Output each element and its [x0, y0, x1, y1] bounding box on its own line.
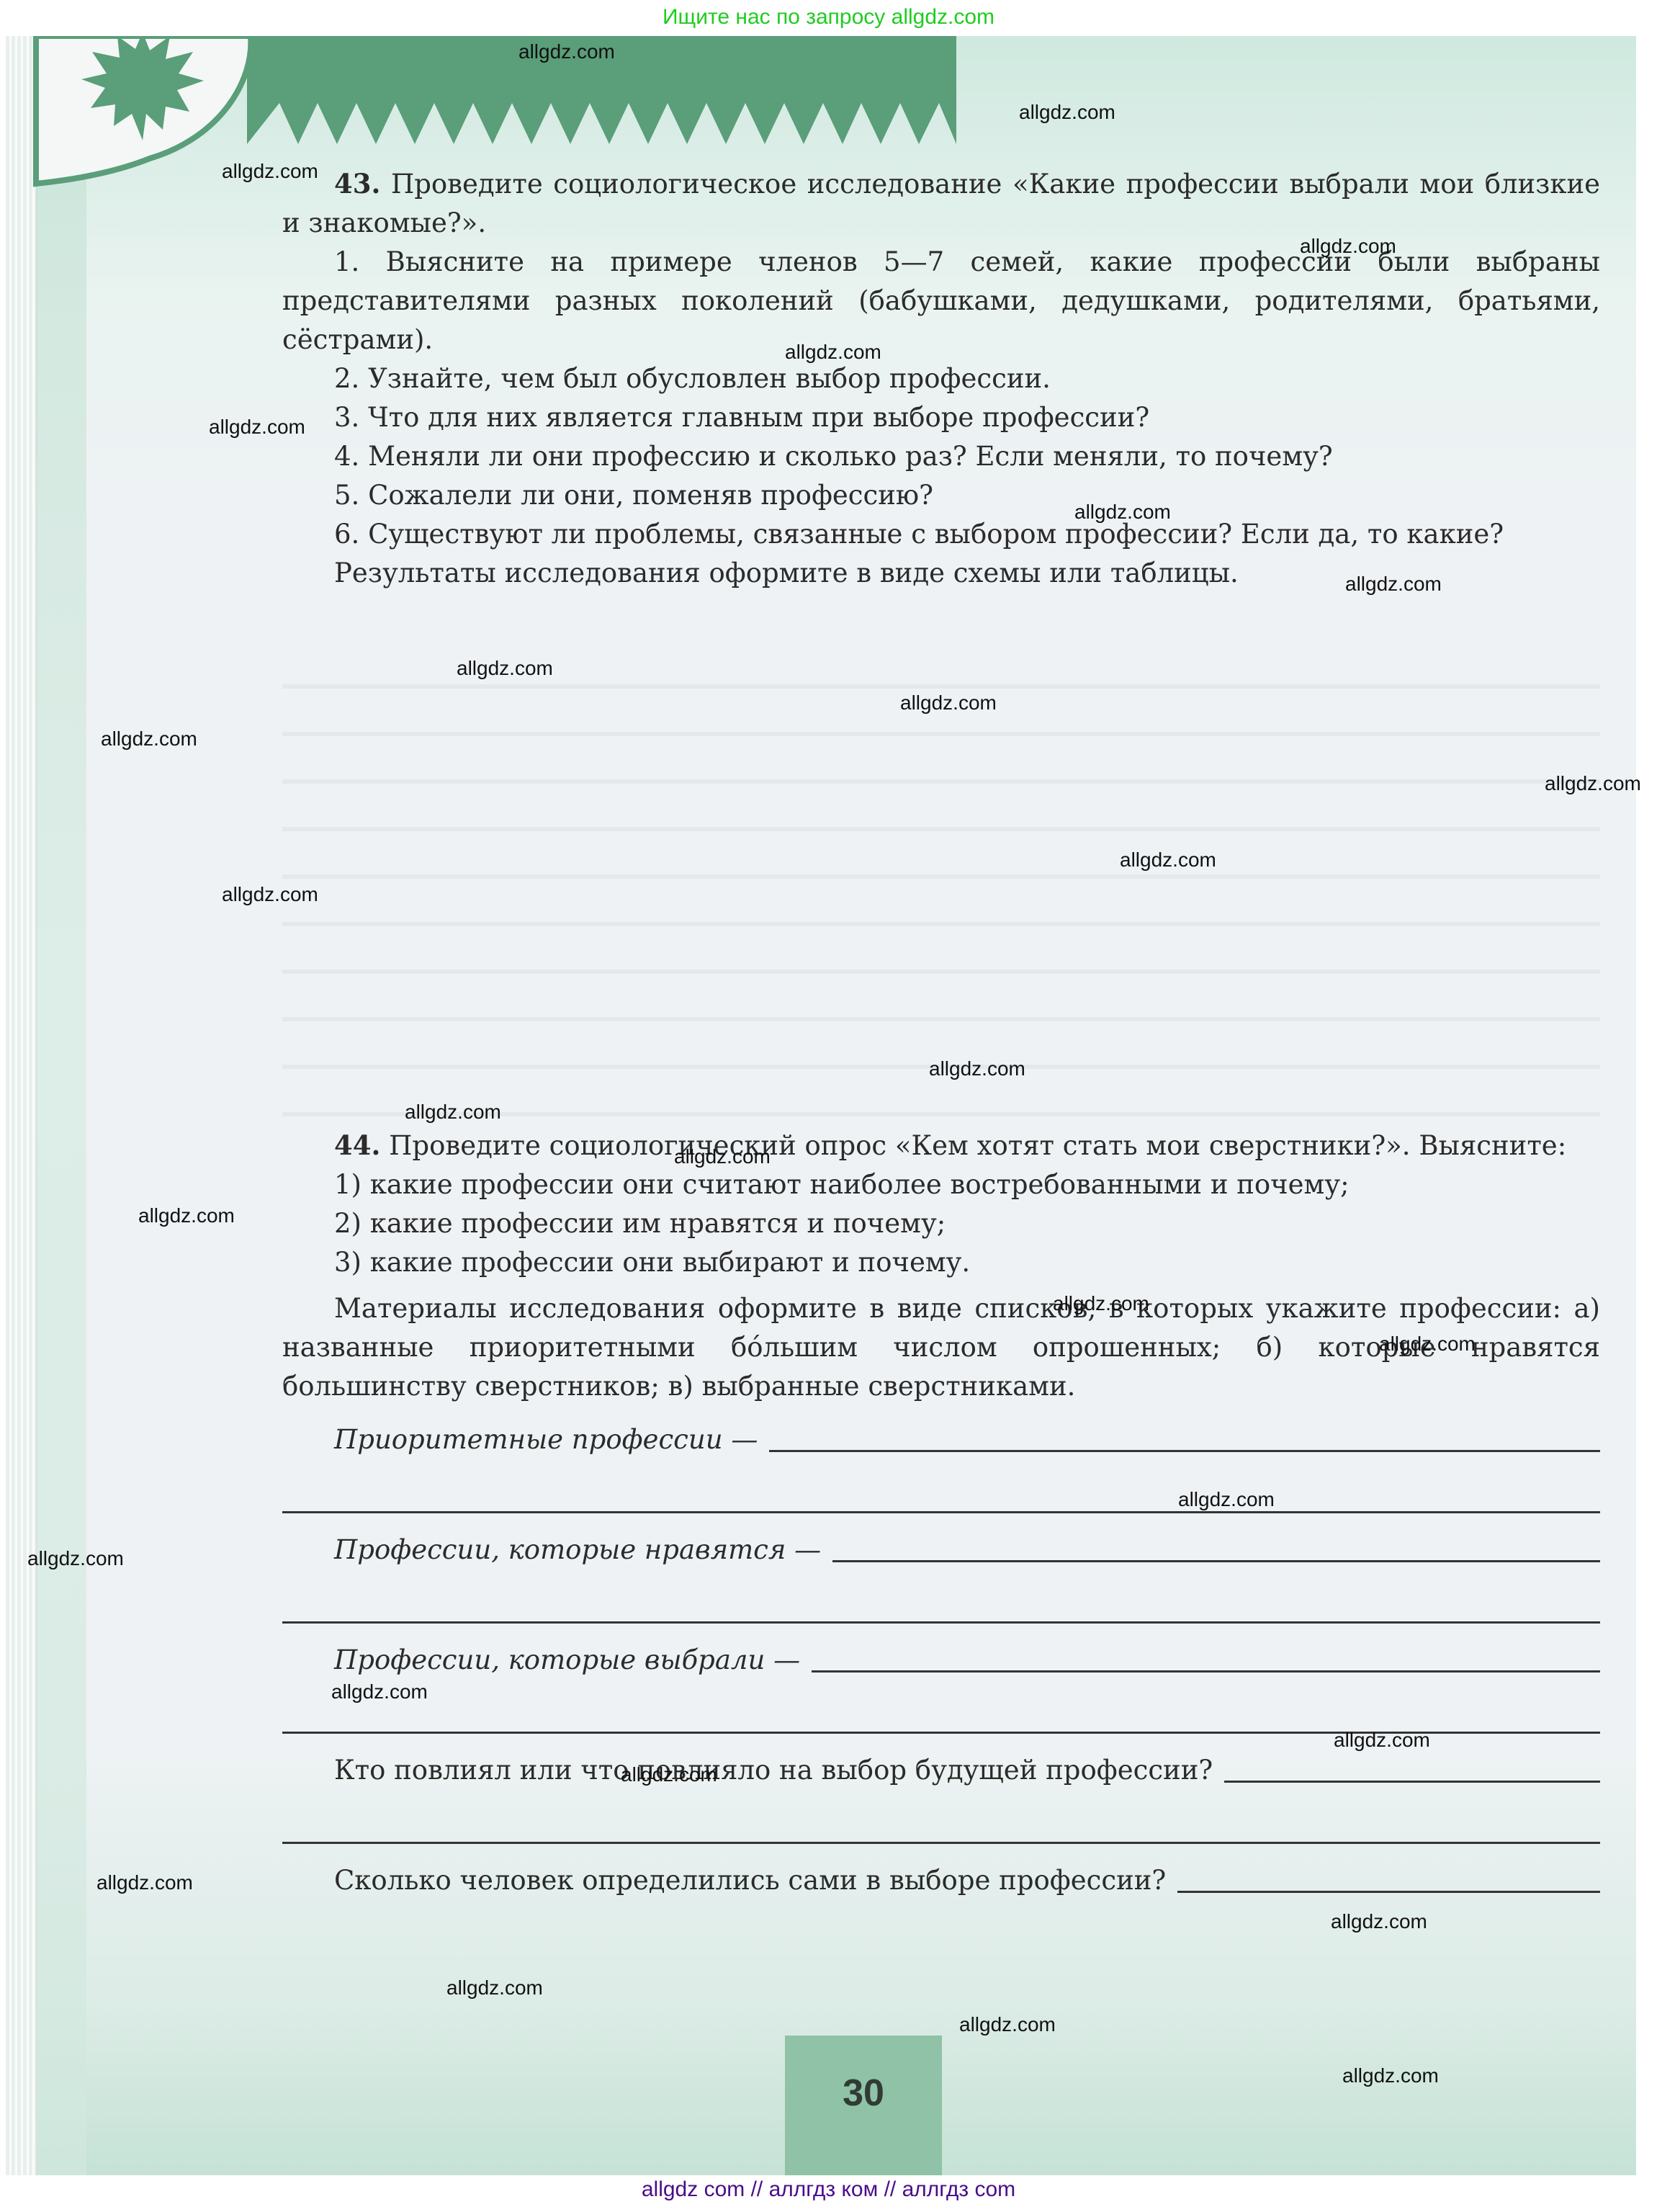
task-44-item: 2) какие профессии им нравятся и почему; [282, 1204, 1600, 1243]
chosen-professions-input-line-2[interactable] [282, 1680, 1600, 1734]
watermark: allgdz.com [621, 1763, 717, 1786]
task-44-item: 3) какие профессии они выбирают и почему… [282, 1243, 1600, 1282]
task-43-item: 3. Что для них является главным при выбо… [282, 398, 1600, 437]
watermark: allgdz.com [1074, 501, 1171, 524]
watermark: allgdz.com [1331, 1910, 1427, 1933]
watermark: allgdz.com [209, 416, 305, 439]
self-decided-question-input[interactable] [1177, 1890, 1600, 1893]
watermark: allgdz.com [959, 2013, 1056, 2036]
task-44-item: 1) какие профессии они считают наиболее … [282, 1165, 1600, 1204]
watermark: allgdz.com [1053, 1292, 1149, 1315]
watermark: allgdz.com [1334, 1729, 1430, 1752]
priority-professions-input-line-2[interactable] [282, 1459, 1600, 1513]
watermark: allgdz.com [1545, 772, 1641, 795]
watermark: allgdz.com [1379, 1333, 1476, 1356]
task-43-item: 6. Существуют ли проблемы, связанные с в… [282, 515, 1600, 554]
watermark: allgdz.com [405, 1101, 501, 1124]
watermark: allgdz.com [1019, 101, 1115, 124]
task-43-number: 43. [334, 168, 380, 200]
watermark: allgdz.com [1178, 1488, 1275, 1511]
left-decorative-band [36, 166, 86, 2175]
priority-professions-input[interactable] [769, 1449, 1600, 1452]
watermark: allgdz.com [222, 160, 318, 183]
watermark: allgdz.com [446, 1976, 543, 2000]
influence-question-input-line-2[interactable] [282, 1790, 1600, 1844]
watermark: allgdz.com [518, 40, 615, 63]
task-44: 44. Проведите социологический опрос «Кем… [282, 1126, 1600, 1900]
influence-question-input[interactable] [1224, 1780, 1600, 1783]
self-decided-question-label: Сколько человек определились сами в выбо… [282, 1861, 1177, 1900]
chosen-professions-label: Профессии, которые выбрали — [282, 1641, 812, 1680]
watermark: allgdz.com [929, 1057, 1025, 1080]
task-44-intro: 44. Проведите социологический опрос «Кем… [282, 1126, 1600, 1165]
liked-professions-input[interactable] [832, 1559, 1600, 1562]
task-43-item: 4. Меняли ли они профессию и сколько раз… [282, 437, 1600, 476]
watermark: allgdz.com [331, 1680, 428, 1703]
task-43-item: 1. Выясните на примере членов 5—7 семей,… [282, 243, 1600, 359]
task-43-intro: 43. Проведите социологическое исследован… [282, 164, 1600, 243]
watermark: allgdz.com [96, 1871, 193, 1894]
liked-professions-field: Профессии, которые нравятся — [282, 1516, 1600, 1570]
bottom-watermark-banner: allgdz com // аллгдз ком // аллгдз com [0, 2175, 1657, 2212]
influence-question-label: Кто повлиял или что повлияло на выбор бу… [282, 1751, 1224, 1790]
page-number-box: 30 [785, 2036, 942, 2175]
page-number: 30 [785, 2072, 942, 2115]
chosen-professions-input[interactable] [812, 1670, 1600, 1673]
watermark: allgdz.com [138, 1204, 235, 1227]
top-watermark-banner: Ищите нас по запросу allgdz.com [0, 0, 1657, 35]
task-44-number: 44. [334, 1129, 380, 1161]
watermark: allgdz.com [222, 883, 318, 906]
priority-professions-field: Приоритетные профессии — [282, 1406, 1600, 1459]
task-43-item: 2. Узнайте, чем был обусловлен выбор про… [282, 359, 1600, 398]
watermark: allgdz.com [1345, 573, 1442, 596]
watermark: allgdz.com [101, 727, 197, 751]
liked-professions-label: Профессии, которые нравятся — [282, 1531, 832, 1570]
watermark: allgdz.com [1300, 235, 1396, 258]
page-content: 43. Проведите социологическое исследован… [282, 164, 1600, 1900]
watermark: allgdz.com [674, 1145, 771, 1168]
watermark: allgdz.com [1342, 2064, 1439, 2087]
self-decided-question-field: Сколько человек определились сами в выбо… [282, 1847, 1600, 1900]
page-stack-edge [6, 36, 37, 2175]
watermark: allgdz.com [27, 1547, 124, 1570]
watermark: allgdz.com [457, 657, 553, 680]
priority-professions-label: Приоритетные профессии — [282, 1420, 769, 1459]
task-43-item: 5. Сожалели ли они, поменяв профессию? [282, 476, 1600, 515]
watermark: allgdz.com [900, 691, 997, 715]
watermark: allgdz.com [1120, 848, 1216, 872]
task-43: 43. Проведите социологическое исследован… [282, 164, 1600, 593]
chosen-professions-field: Профессии, которые выбрали — [282, 1626, 1600, 1680]
watermark: allgdz.com [785, 341, 881, 364]
liked-professions-input-line-2[interactable] [282, 1570, 1600, 1624]
